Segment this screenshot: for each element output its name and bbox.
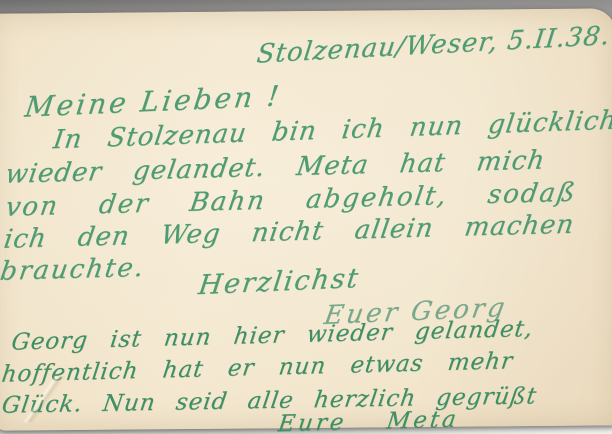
closing: Herzlichst	[197, 265, 362, 299]
postcard-paper: Stolzenau/Weser, 5.II.38. Meine Lieben !…	[0, 8, 612, 430]
greeting: Meine Lieben !	[23, 82, 283, 121]
message-line: brauchte.	[0, 255, 147, 285]
dateline: Stolzenau/Weser, 5.II.38.	[255, 23, 612, 68]
postscript-signature: Eure Meta	[277, 408, 461, 434]
postscript-line: hoffentlich hat er nun etwas mehr	[0, 350, 514, 386]
